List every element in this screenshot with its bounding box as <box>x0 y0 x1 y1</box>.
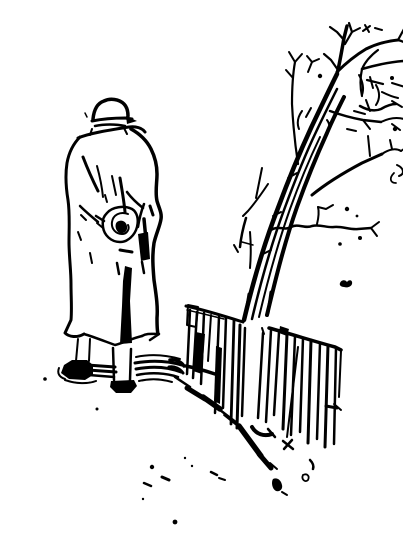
picket-fence <box>186 305 341 449</box>
sketch-canvas <box>40 16 403 531</box>
ink-sketch-illustration <box>40 16 403 531</box>
tree <box>234 23 403 320</box>
man-figure <box>58 99 184 393</box>
